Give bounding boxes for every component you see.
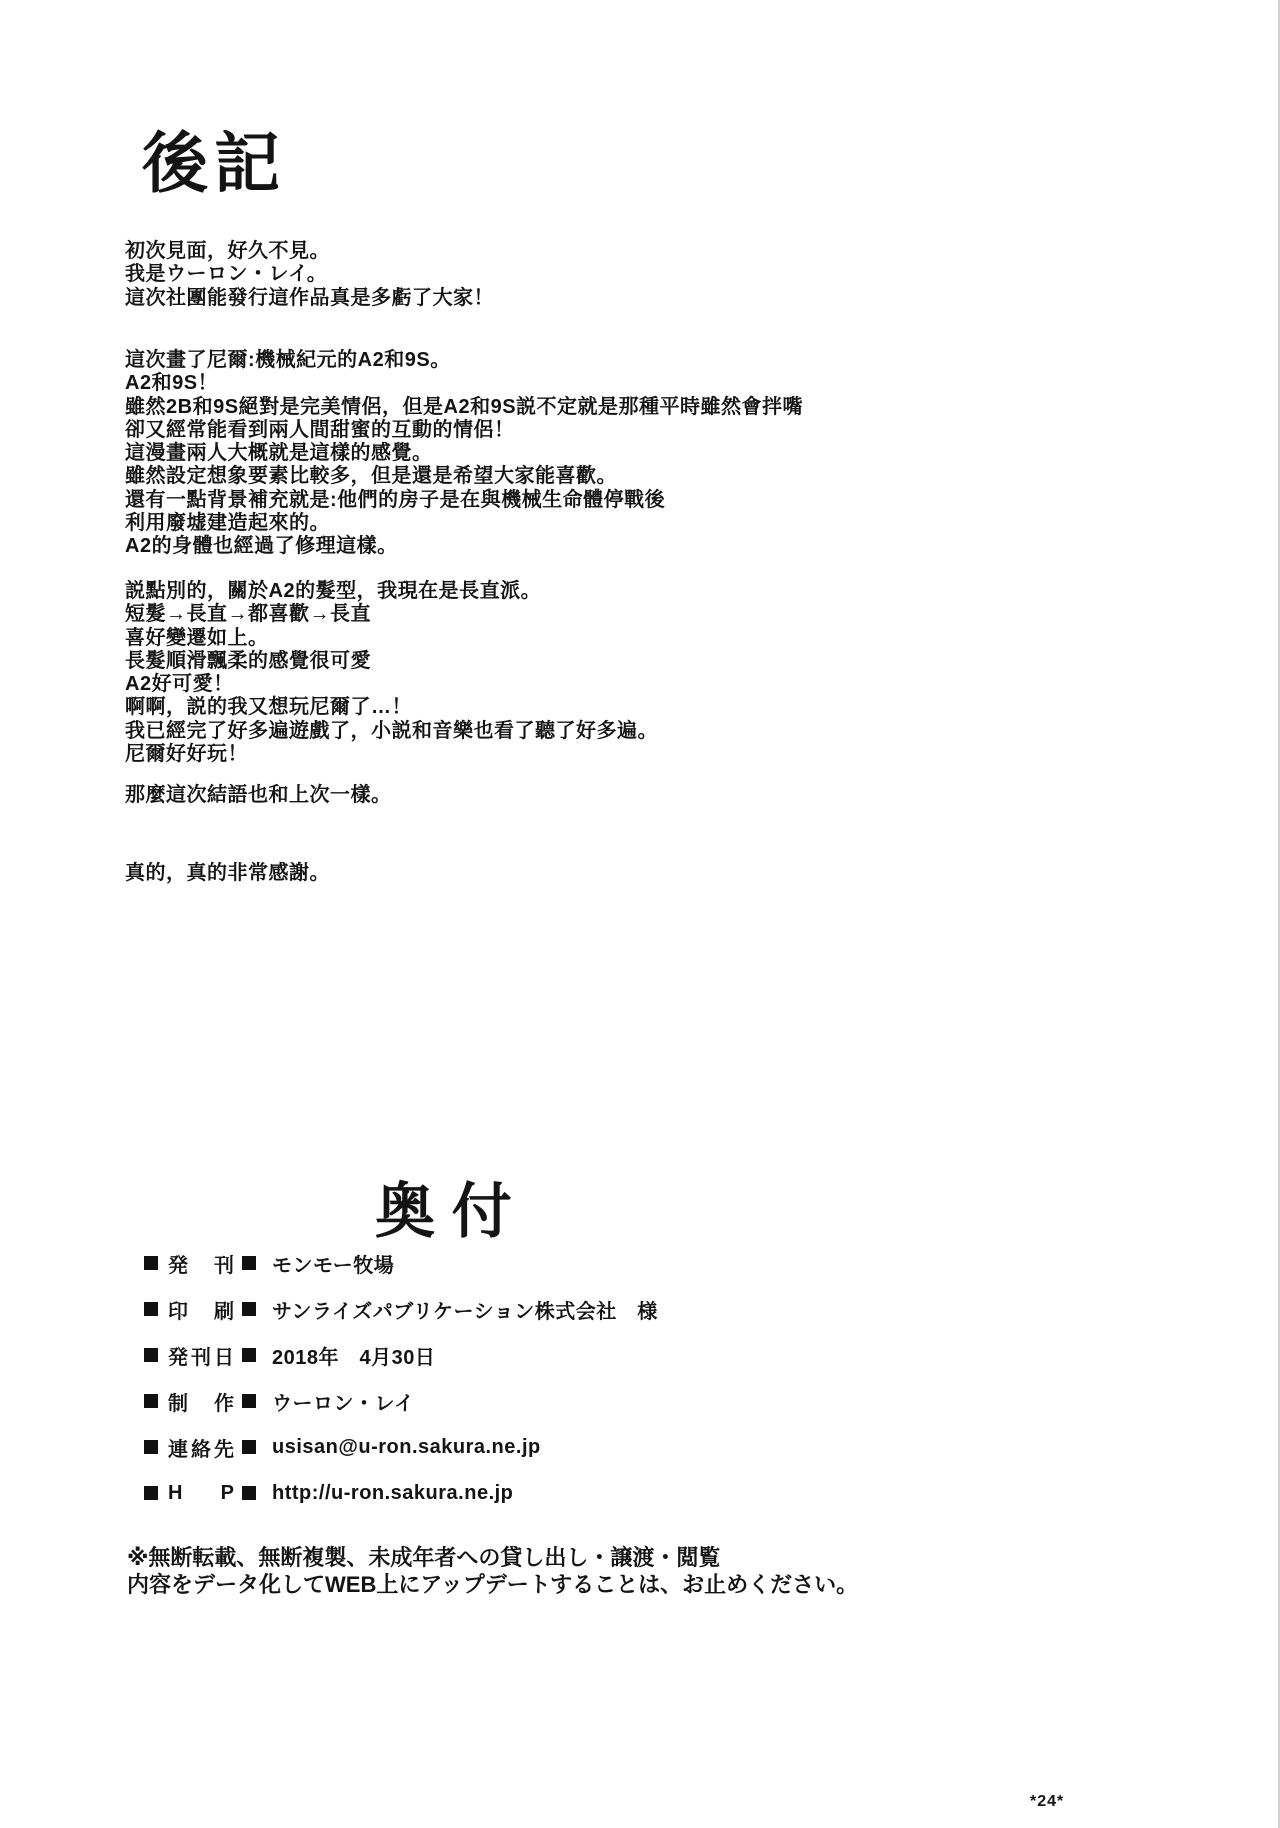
colophon-label: 発 刊 xyxy=(168,1249,234,1278)
colophon-value: モンモー牧場 xyxy=(272,1249,394,1278)
black-square-icon xyxy=(144,1440,158,1454)
black-square-icon xyxy=(242,1394,256,1408)
colophon-row-publish-date: 発刊日 2018年 4月30日 xyxy=(144,1344,658,1366)
afterword-paragraph-about-work: 這次畫了尼爾:機械紀元的A2和9S。 A2和9S！ 雖然2B和9S絕對是完美情侶… xyxy=(125,349,803,559)
colophon-row-homepage: H P http://u-ron.sakura.ne.jp xyxy=(144,1482,658,1504)
colophon-label: 発刊日 xyxy=(168,1341,234,1370)
colophon-label: 印 刷 xyxy=(168,1295,234,1324)
afterword-line: 還有一點背景補充就是:他們的房子是在與機械生命體停戰後 xyxy=(125,489,803,512)
colophon-row-author: 制 作 ウーロン・レイ xyxy=(144,1390,658,1412)
page-number: *24* xyxy=(1030,1793,1064,1811)
afterword-line: 雖然2B和9S絕對是完美情侶，但是A2和9S説不定就是那種平時雖然會拌嘴 xyxy=(125,396,803,419)
colophon-label: 連絡先 xyxy=(168,1433,234,1462)
colophon-label: 制 作 xyxy=(168,1387,234,1416)
black-square-icon xyxy=(242,1256,256,1270)
afterword-line: A2好可愛！ xyxy=(125,673,658,696)
black-square-icon xyxy=(144,1256,158,1270)
afterword-line: A2和9S！ xyxy=(125,372,803,395)
black-square-icon xyxy=(242,1348,256,1362)
afterword-paragraph-hair: 説點別的，關於A2的髮型，我現在是長直派。 短髮→長直→都喜歡→長直 喜好變遷如… xyxy=(125,580,658,766)
afterword-line: 那麼這次結語也和上次一樣。 xyxy=(125,784,392,807)
afterword-page: 後記 初次見面，好久不見。 我是ウーロン・レイ。 這次社團能發行這作品真是多虧了… xyxy=(0,0,1280,1828)
afterword-line: 尼爾好好玩！ xyxy=(125,743,658,766)
afterword-line: 説點別的，關於A2的髮型，我現在是長直派。 xyxy=(125,580,658,603)
afterword-line: 這次畫了尼爾:機械紀元的A2和9S。 xyxy=(125,349,803,372)
black-square-icon xyxy=(144,1302,158,1316)
black-square-icon xyxy=(144,1394,158,1408)
afterword-line: 雖然設定想象要素比較多，但是還是希望大家能喜歡。 xyxy=(125,465,803,488)
colophon-url: http://u-ron.sakura.ne.jp xyxy=(272,1482,513,1505)
afterword-paragraph-thanks: 真的，真的非常感謝。 xyxy=(125,862,330,885)
colophon-disclaimer: ※無断転載、無断複製、未成年者への貸し出し・譲渡・閲覧 内容をデータ化してWEB… xyxy=(127,1544,858,1598)
black-square-icon xyxy=(144,1486,158,1500)
afterword-line: 真的，真的非常感謝。 xyxy=(125,862,330,885)
colophon-email: usisan@u-ron.sakura.ne.jp xyxy=(272,1436,541,1459)
afterword-line: 卻又經常能看到兩人間甜蜜的互動的情侶！ xyxy=(125,419,803,442)
afterword-line: 初次見面，好久不見。 xyxy=(125,240,494,263)
colophon-value: 2018年 4月30日 xyxy=(272,1341,435,1370)
black-square-icon xyxy=(242,1486,256,1500)
afterword-line: 我是ウーロン・レイ。 xyxy=(125,263,494,286)
colophon-label: H P xyxy=(168,1482,234,1505)
disclaimer-line: 内容をデータ化してWEB上にアップデートすることは、お止めください。 xyxy=(127,1571,858,1598)
afterword-line: 這次社團能發行這作品真是多虧了大家！ xyxy=(125,287,494,310)
afterword-line: 喜好變遷如上。 xyxy=(125,627,658,650)
colophon-rows: 発 刊 モンモー牧場 印 刷 サンライズパブリケーション株式会社 様 発刊日 2… xyxy=(144,1252,658,1528)
black-square-icon xyxy=(144,1348,158,1362)
colophon-value: ウーロン・レイ xyxy=(272,1387,415,1416)
afterword-line: 利用廢墟建造起來的。 xyxy=(125,512,803,535)
afterword-paragraph-greeting: 初次見面，好久不見。 我是ウーロン・レイ。 這次社團能發行這作品真是多虧了大家！ xyxy=(125,240,494,310)
afterword-line: 長髮順滑飄柔的感覺很可愛 xyxy=(125,650,658,673)
afterword-line: A2的身體也經過了修理這樣。 xyxy=(125,535,803,558)
colophon-title: 奥 付 xyxy=(375,1182,512,1242)
afterword-line: 這漫畫兩人大概就是這樣的感覺。 xyxy=(125,442,803,465)
afterword-line: 啊啊，説的我又想玩尼爾了…！ xyxy=(125,696,658,719)
afterword-paragraph-closing: 那麼這次結語也和上次一樣。 xyxy=(125,784,392,807)
colophon-row-publisher: 発 刊 モンモー牧場 xyxy=(144,1252,658,1274)
afterword-title: 後記 xyxy=(142,130,286,196)
black-square-icon xyxy=(242,1302,256,1316)
colophon-value: サンライズパブリケーション株式会社 様 xyxy=(272,1295,658,1324)
black-square-icon xyxy=(242,1440,256,1454)
colophon-row-printer: 印 刷 サンライズパブリケーション株式会社 様 xyxy=(144,1298,658,1320)
afterword-line: 短髮→長直→都喜歡→長直 xyxy=(125,603,658,626)
disclaimer-line: ※無断転載、無断複製、未成年者への貸し出し・譲渡・閲覧 xyxy=(127,1544,858,1571)
colophon-row-contact: 連絡先 usisan@u-ron.sakura.ne.jp xyxy=(144,1436,658,1458)
afterword-line: 我已經完了好多遍遊戲了，小説和音樂也看了聽了好多遍。 xyxy=(125,720,658,743)
